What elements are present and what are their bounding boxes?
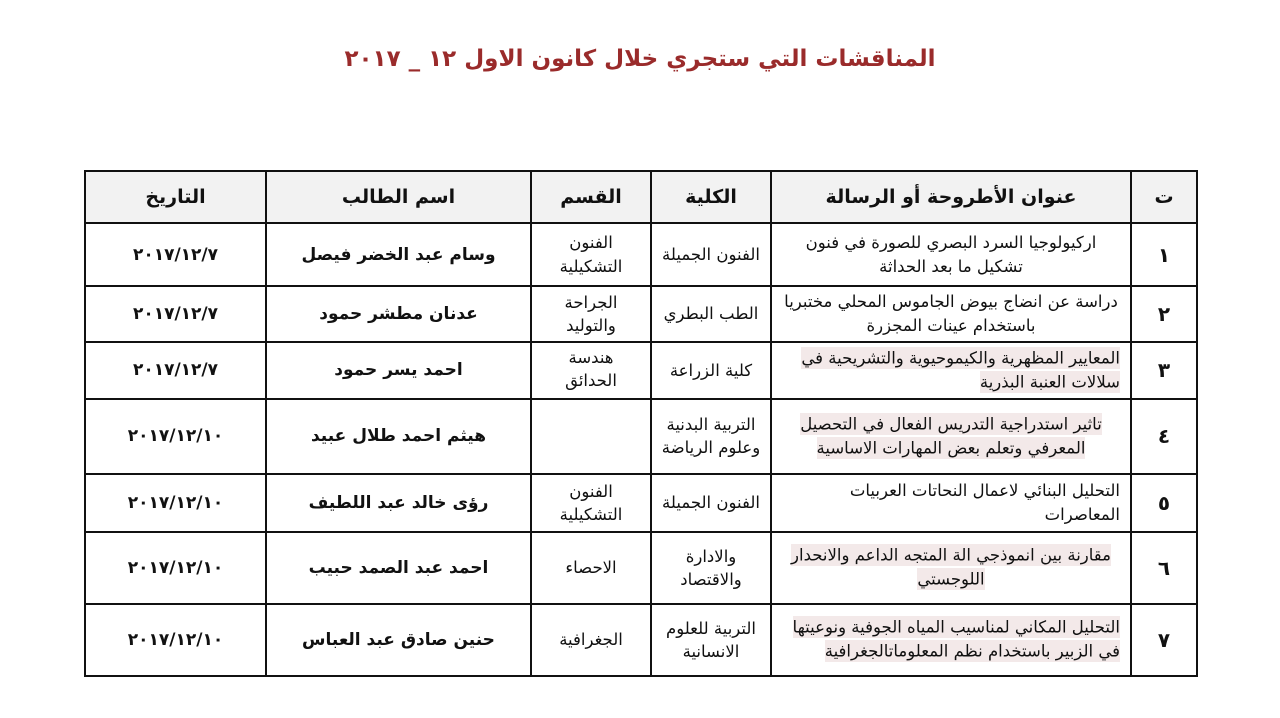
department-cell: الفنون التشكيلية [531, 474, 651, 532]
date-cell: ٢٠١٧/١٢/١٠ [85, 532, 266, 604]
college-cell: والادارة والاقتصاد [651, 532, 771, 604]
col-student-header: اسم الطالب [266, 171, 531, 223]
number-cell: ٥ [1131, 474, 1197, 532]
table-header-row: ت عنوان الأطروحة أو الرسالة الكلية القسم… [85, 171, 1197, 223]
department-cell [531, 399, 651, 474]
thesis-title-cell: التحليل البنائي لاعمال النحاتات العربيات… [771, 474, 1131, 532]
number-cell: ٢ [1131, 286, 1197, 342]
college-cell: الطب البطري [651, 286, 771, 342]
college-cell: التربية للعلوم الانسانية [651, 604, 771, 676]
table-row: ٤ تاثير استدراجية التدريس الفعال في التح… [85, 399, 1197, 474]
col-department-header: القسم [531, 171, 651, 223]
table-row: ٦ مقارنة بين انموذجي الة المتجه الداعم و… [85, 532, 1197, 604]
department-cell: الجراحة والتوليد [531, 286, 651, 342]
thesis-title-cell: دراسة عن انضاج بيوض الجاموس المحلي مختبر… [771, 286, 1131, 342]
thesis-title-cell: المعايير المظهرية والكيموحيوية والتشريحي… [771, 342, 1131, 399]
thesis-title-cell: تاثير استدراجية التدريس الفعال في التحصي… [771, 399, 1131, 474]
document-page: المناقشات التي ستجري خلال كانون الاول ١٢… [0, 0, 1280, 718]
table-row: ١ اركيولوجيا السرد البصري للصورة في فنون… [85, 223, 1197, 286]
college-cell: الفنون الجميلة [651, 223, 771, 286]
number-cell: ١ [1131, 223, 1197, 286]
student-name-cell: احمد يسر حمود [266, 342, 531, 399]
col-college-header: الكلية [651, 171, 771, 223]
date-cell: ٢٠١٧/١٢/٧ [85, 286, 266, 342]
date-cell: ٢٠١٧/١٢/١٠ [85, 474, 266, 532]
department-cell: هندسة الحدائق [531, 342, 651, 399]
student-name-cell: عدنان مطشر حمود [266, 286, 531, 342]
table-row: ٧ التحليل المكاني لمناسيب المياه الجوفية… [85, 604, 1197, 676]
department-cell: الجغرافية [531, 604, 651, 676]
thesis-title-text-highlighted: التحليل المكاني لمناسيب المياه الجوفية و… [793, 616, 1120, 662]
college-cell: كلية الزراعة [651, 342, 771, 399]
number-cell: ٣ [1131, 342, 1197, 399]
date-cell: ٢٠١٧/١٢/١٠ [85, 604, 266, 676]
col-thesis-header: عنوان الأطروحة أو الرسالة [771, 171, 1131, 223]
thesis-title-cell: مقارنة بين انموذجي الة المتجه الداعم وال… [771, 532, 1131, 604]
number-cell: ٦ [1131, 532, 1197, 604]
student-name-cell: وسام عبد الخضر فيصل [266, 223, 531, 286]
college-cell: الفنون الجميلة [651, 474, 771, 532]
college-cell: التربية البدنية وعلوم الرياضة [651, 399, 771, 474]
thesis-title-text: اركيولوجيا السرد البصري للصورة في فنون ت… [806, 233, 1097, 276]
thesis-title-text-highlighted: المعايير المظهرية والكيموحيوية والتشريحي… [801, 347, 1120, 393]
thesis-title-cell: التحليل المكاني لمناسيب المياه الجوفية و… [771, 604, 1131, 676]
number-cell: ٤ [1131, 399, 1197, 474]
student-name-cell: رؤى خالد عبد اللطيف [266, 474, 531, 532]
student-name-cell: هيثم احمد طلال عبيد [266, 399, 531, 474]
student-name-cell: احمد عبد الصمد حبيب [266, 532, 531, 604]
department-cell: الاحصاء [531, 532, 651, 604]
page-title: المناقشات التي ستجري خلال كانون الاول ١٢… [0, 46, 1280, 72]
table-row: ٥ التحليل البنائي لاعمال النحاتات العربي… [85, 474, 1197, 532]
table-row: ٣ المعايير المظهرية والكيموحيوية والتشري… [85, 342, 1197, 399]
col-date-header: التاريخ [85, 171, 266, 223]
discussions-table: ت عنوان الأطروحة أو الرسالة الكلية القسم… [84, 170, 1198, 677]
date-cell: ٢٠١٧/١٢/٧ [85, 342, 266, 399]
thesis-title-text: التحليل البنائي لاعمال النحاتات العربيات… [850, 481, 1120, 524]
thesis-title-text: دراسة عن انضاج بيوض الجاموس المحلي مختبر… [784, 292, 1118, 335]
col-number-header: ت [1131, 171, 1197, 223]
date-cell: ٢٠١٧/١٢/١٠ [85, 399, 266, 474]
thesis-title-cell: اركيولوجيا السرد البصري للصورة في فنون ت… [771, 223, 1131, 286]
date-cell: ٢٠١٧/١٢/٧ [85, 223, 266, 286]
thesis-title-text-highlighted: تاثير استدراجية التدريس الفعال في التحصي… [800, 413, 1102, 459]
number-cell: ٧ [1131, 604, 1197, 676]
department-cell: الفنون التشكيلية [531, 223, 651, 286]
thesis-title-text-highlighted: مقارنة بين انموذجي الة المتجه الداعم وال… [791, 544, 1111, 590]
student-name-cell: حنين صادق عبد العباس [266, 604, 531, 676]
table-row: ٢ دراسة عن انضاج بيوض الجاموس المحلي مخت… [85, 286, 1197, 342]
